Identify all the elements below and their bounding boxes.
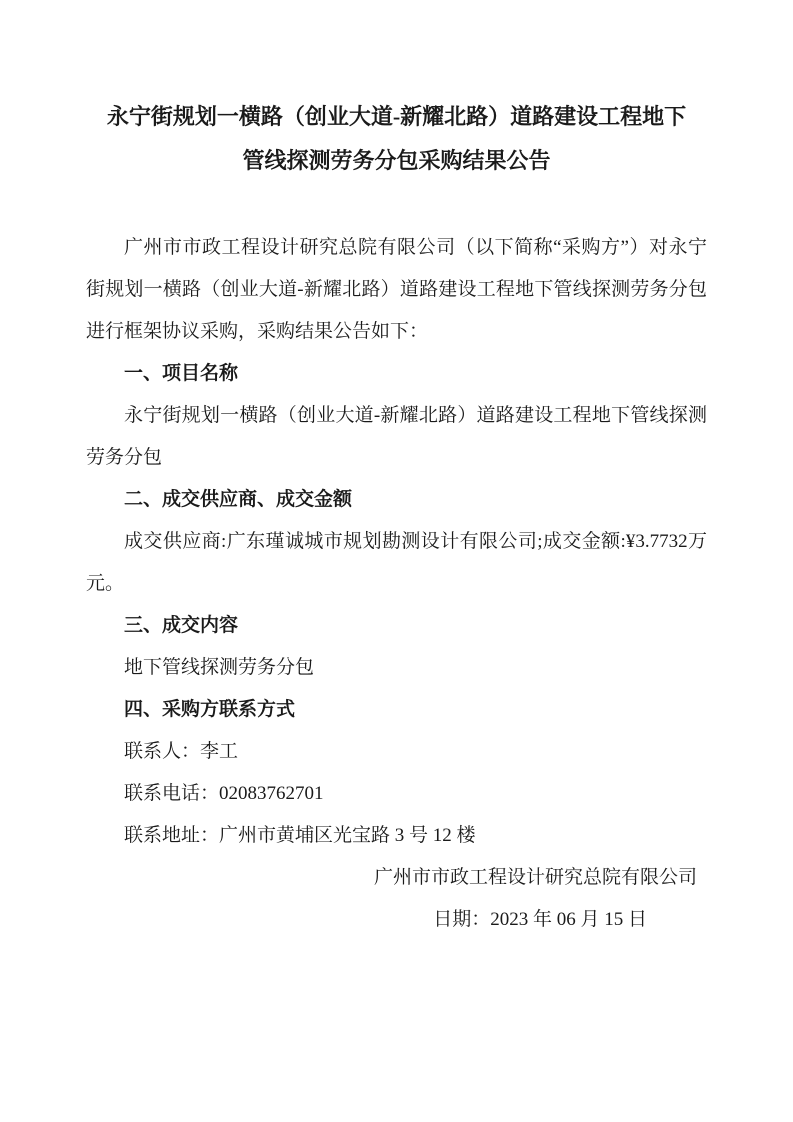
section-4-heading: 四、采购方联系方式 bbox=[86, 689, 707, 731]
signature-company: 广州市市政工程设计研究总院有限公司 bbox=[86, 857, 707, 899]
section-2-body: 成交供应商:广东瑾诚城市规划勘测设计有限公司;成交金额:¥3.7732万元。 bbox=[86, 521, 707, 605]
contact-person-label: 联系人： bbox=[124, 741, 200, 762]
contact-address-line: 联系地址：广州市黄埔区光宝路 3 号 12 楼 bbox=[86, 815, 707, 857]
section-3-body: 地下管线探测劳务分包 bbox=[86, 647, 707, 689]
section-2-heading: 二、成交供应商、成交金额 bbox=[86, 479, 707, 521]
contact-phone-line: 联系电话：02083762701 bbox=[86, 773, 707, 815]
signature-date: 日期：2023 年 06 月 15 日 bbox=[86, 899, 707, 941]
contact-address-value: 广州市黄埔区光宝路 3 号 12 楼 bbox=[219, 825, 476, 846]
document-page: 永宁街规划一横路（创业大道-新耀北路）道路建设工程地下管线探测劳务分包采购结果公… bbox=[0, 0, 793, 1122]
contact-person-line: 联系人：李工 bbox=[86, 731, 707, 773]
section-1-body: 永宁街规划一横路（创业大道-新耀北路）道路建设工程地下管线探测劳务分包 bbox=[86, 395, 707, 479]
contact-phone-value: 02083762701 bbox=[219, 783, 324, 804]
section-3-heading: 三、成交内容 bbox=[86, 605, 707, 647]
intro-paragraph: 广州市市政工程设计研究总院有限公司（以下简称“采购方”）对永宁街规划一横路（创业… bbox=[86, 227, 707, 353]
contact-address-label: 联系地址： bbox=[124, 825, 219, 846]
document-title: 永宁街规划一横路（创业大道-新耀北路）道路建设工程地下管线探测劳务分包采购结果公… bbox=[97, 95, 697, 183]
contact-person-value: 李工 bbox=[200, 741, 238, 762]
contact-phone-label: 联系电话： bbox=[124, 783, 219, 804]
section-1-heading: 一、项目名称 bbox=[86, 353, 707, 395]
